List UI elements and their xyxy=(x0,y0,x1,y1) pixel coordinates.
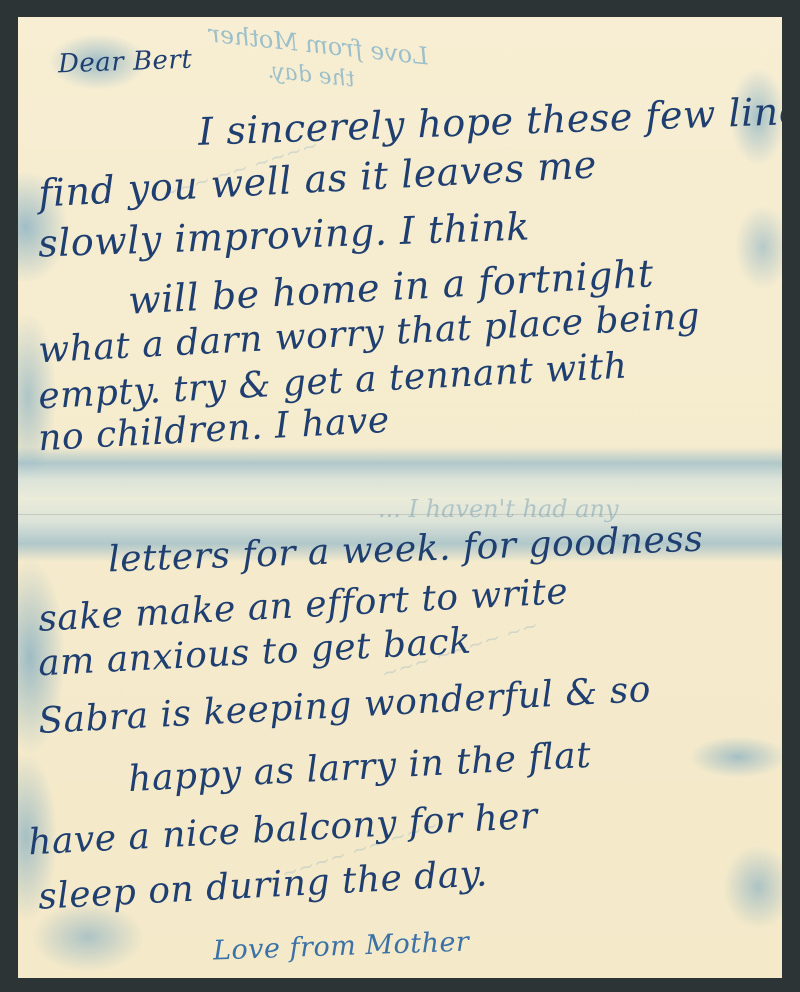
letter-line-14: sleep on during the day. xyxy=(37,853,488,917)
letter-line-3: slowly improving. I think xyxy=(37,204,530,265)
letter-card: Love from Mother the day. ~~~ ~~ ~~~~ ~~… xyxy=(18,17,782,978)
faded-fold-text: ... I haven't had any xyxy=(378,495,619,523)
mirror-bleed-through-text-2: the day. xyxy=(267,59,356,93)
letter-line-12: happy as larry in the flat xyxy=(127,735,592,800)
letter-line-1: I sincerely hope these few lines xyxy=(197,88,782,154)
salutation: Dear Bert xyxy=(58,45,193,80)
letter-line-13: have a nice balcony for her xyxy=(27,796,538,864)
letter-line-11: Sabra is keeping wonderful & so xyxy=(37,669,652,742)
signoff: Love from Mother xyxy=(213,927,470,967)
